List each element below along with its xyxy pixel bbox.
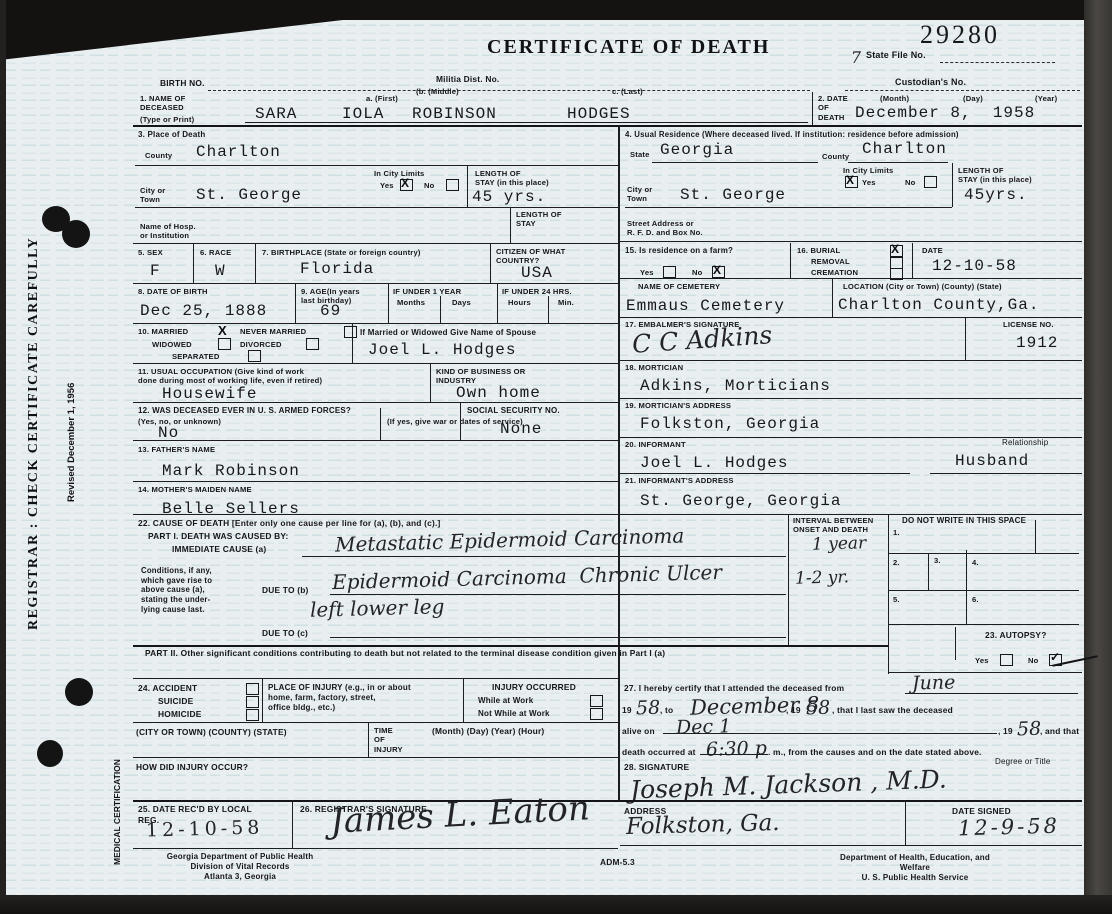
months-days-divider <box>440 296 441 323</box>
name-row-bottom-line <box>133 125 1082 127</box>
dnw-cell-6: 6. <box>972 595 979 604</box>
under1-under24-divider <box>497 283 498 323</box>
farm-burial-divider <box>790 243 791 278</box>
autopsy-no-mark: ✓ <box>1050 650 1060 664</box>
mortician-address-value: Folkston, Georgia <box>640 415 820 433</box>
injury-city-row-line <box>133 757 618 758</box>
bottom-right-row-line <box>620 845 1082 846</box>
date-of-birth-value: Dec 25, 1888 <box>140 302 267 320</box>
occupation-row-line <box>133 402 618 403</box>
city-limits-yes-label-right: Yes <box>862 178 876 187</box>
birth-no-line <box>208 90 810 91</box>
homicide-label: HOMICIDE <box>158 709 201 720</box>
burial-date-label: DATE <box>922 246 943 255</box>
cemetery-location-value: Charlton County,Ga. <box>838 296 1039 314</box>
city-limits-yes-mark-right: X <box>846 173 854 187</box>
city-limits-no-label-right: No <box>905 178 916 187</box>
certify-tail-label: . m., from the causes and on the date st… <box>768 747 982 758</box>
cremation-label: CREMATION <box>811 268 858 277</box>
date-of-death-label: 2. DATE OF DEATH <box>818 94 848 122</box>
middle-name2-value: ROBINSON <box>412 105 497 123</box>
under1-months-label: Months <box>397 298 425 307</box>
autopsy-divider <box>955 627 956 660</box>
removal-label: REMOVAL <box>811 257 850 266</box>
armed-forces-sub-divider <box>380 408 381 440</box>
certify-death-label: death occurred at <box>622 747 696 758</box>
stay-divider-right <box>952 163 953 207</box>
immediate-cause-label: IMMEDIATE CAUSE (a) <box>172 544 266 555</box>
hospital-label: Name of Hosp. or Institution <box>140 222 196 241</box>
farm-yes-label: Yes <box>640 268 654 277</box>
how-injury-label: HOW DID INJURY OCCUR? <box>136 762 248 773</box>
not-while-at-work-label: Not While at Work <box>478 709 550 719</box>
length-of-stay-value-right: 45yrs. <box>964 186 1028 204</box>
burial-mark: X <box>891 242 899 256</box>
father-label: 13. FATHER'S NAME <box>138 445 215 454</box>
separated-label: SEPARATED <box>172 352 220 361</box>
ssn-label: SOCIAL SECURITY NO. <box>467 406 560 416</box>
name-underline <box>245 122 808 123</box>
divorced-label: DIVORCED <box>240 340 282 349</box>
burial-date-divider <box>912 243 913 278</box>
armed-row-line <box>133 440 618 441</box>
occupation-value: Housewife <box>162 385 257 403</box>
mortician-row-line <box>620 398 1082 399</box>
county-label-left: County <box>145 151 172 160</box>
widowed-checkbox <box>218 338 231 350</box>
time-of-injury-divider <box>368 722 369 757</box>
accident-place-divider <box>262 678 263 722</box>
type-or-print-label: (Type or Print) <box>140 115 194 124</box>
occupation-business-divider <box>430 363 431 402</box>
relationship-underline <box>930 473 1082 474</box>
injury-city-label: (CITY OR TOWN) (COUNTY) (STATE) <box>136 727 287 738</box>
dnw-divider-4 <box>966 590 967 624</box>
license-divider <box>965 317 966 360</box>
cemetery-label: NAME OF CEMETERY <box>638 282 720 291</box>
citizen-value: USA <box>521 264 553 282</box>
widowed-label: WIDOWED <box>152 340 192 349</box>
dnw-line-1 <box>888 553 1079 554</box>
burial-label: 16. BURIAL <box>797 246 840 255</box>
dnw-divider-2 <box>928 553 929 590</box>
certify-to-label: , to <box>660 705 673 716</box>
mother-label: 14. MOTHER'S MAIDEN NAME <box>138 485 252 494</box>
hours-min-divider <box>548 296 549 323</box>
dob-row-line <box>133 323 618 324</box>
place-of-injury-label: PLACE OF INJURY (e.g., in or about home,… <box>268 683 411 713</box>
page-title: CERTIFICATE OF DEATH <box>487 36 770 59</box>
spouse-label: If Married or Widowed Give Name of Spous… <box>360 328 536 338</box>
dnw-cell-5: 5. <box>893 595 900 604</box>
stay2-divider <box>510 207 511 243</box>
farm-label: 15. Is residence on a farm? <box>625 246 733 256</box>
race-birthplace-divider <box>255 243 256 283</box>
married-mark: X <box>218 323 227 338</box>
suicide-label: SUICIDE <box>158 696 193 707</box>
interval-label: INTERVAL BETWEEN ONSET AND DEATH <box>793 516 873 535</box>
married-spouse-divider <box>352 323 353 363</box>
medical-certification-label: MEDICAL CERTIFICATION <box>112 620 122 865</box>
dnw-cell-4: 4. <box>972 558 979 567</box>
ink-blot <box>37 740 63 767</box>
conditions-label: Conditions, if any, which gave rise to a… <box>141 566 212 615</box>
city-or-town-label-right: City or Town <box>627 185 652 204</box>
sex-row-line <box>133 283 618 284</box>
last-name-label: c. (Last) <box>612 87 643 96</box>
autopsy-yes-label: Yes <box>975 656 989 665</box>
race-value: W <box>215 262 226 280</box>
certify-year2-handwriting: 58 <box>806 697 831 720</box>
form-number: ADM-5.3 <box>600 857 635 868</box>
custodian-line <box>845 90 1080 91</box>
city-row-line-left <box>135 207 618 208</box>
dob-age-divider <box>295 283 296 323</box>
accident-top-line <box>133 678 618 679</box>
part2-label: PART II. Other significant conditions co… <box>145 648 665 659</box>
father-value: Mark Robinson <box>162 462 300 480</box>
not-while-at-work-checkbox <box>590 708 603 720</box>
registrar-margin-note: REGISTRAR : CHECK CERTIFICATE CAREFULLY <box>26 200 42 630</box>
separated-checkbox <box>248 350 261 362</box>
county-underline-right <box>848 162 948 163</box>
length-of-stay-label-right: LENGTH OF STAY (in this place) <box>958 166 1032 185</box>
hospital-row-line <box>133 243 618 244</box>
state-file-line <box>940 62 1055 63</box>
birthplace-citizen-divider <box>490 243 491 283</box>
under24-label: IF UNDER 24 HRS. <box>502 287 572 296</box>
state-file-prefix-mark: 7 <box>851 48 862 67</box>
race-label: 6. RACE <box>200 248 231 257</box>
ink-blot <box>62 220 90 248</box>
name-date-divider <box>812 92 813 125</box>
city-limits-yes-label-left: Yes <box>380 181 394 190</box>
informant-label: 20. INFORMANT <box>625 440 686 449</box>
state-file-label: State File No. <box>866 50 926 62</box>
armed-forces-label: 12. WAS DECEASED EVER IN U. S. ARMED FOR… <box>138 406 351 416</box>
informant-underline <box>620 473 910 474</box>
farm-row-line <box>620 278 1082 279</box>
state-value: Georgia <box>660 141 734 159</box>
georgia-dept-footer: Georgia Department of Public Health Divi… <box>135 852 345 882</box>
bottom-left-row-line <box>133 848 618 849</box>
birthplace-value: Florida <box>300 260 374 278</box>
while-at-work-label: While at Work <box>478 696 533 706</box>
length-of-stay-value-left: 45 yrs. <box>472 188 546 206</box>
sex-label: 5. SEX <box>138 248 163 257</box>
usual-residence-label: 4. Usual Residence (Where deceased lived… <box>625 130 959 140</box>
last-name-value: HODGES <box>567 105 631 123</box>
burial-date-value: 12-10-58 <box>932 257 1017 275</box>
age-value: 69 <box>320 302 341 320</box>
cause-of-death-label: 22. CAUSE OF DEATH [Enter only one cause… <box>138 518 441 529</box>
certify-alive-line <box>663 733 997 734</box>
divorced-checkbox <box>306 338 319 350</box>
informant-address-value: St. George, Georgia <box>640 492 841 510</box>
due-to-c-label: DUE TO (c) <box>262 628 308 639</box>
autopsy-yes-checkbox <box>1000 654 1013 666</box>
in-city-limits-label-left: In City Limits <box>374 169 424 178</box>
married-row-line <box>133 363 618 364</box>
certify-time-handwriting: 6:30 p <box>706 737 767 761</box>
time-of-injury-label: TIME OF INJURY <box>374 726 403 754</box>
married-label: 10. MARRIED <box>138 327 188 336</box>
street-row-line <box>620 241 1082 242</box>
ink-blot <box>65 678 93 706</box>
date-signed-handwriting: 12-9-58 <box>958 814 1061 841</box>
dnw-cell-1: 1. <box>893 528 900 537</box>
occupation-label: 11. USUAL OCCUPATION (Give kind of work … <box>138 367 322 386</box>
city-value-right: St. George <box>680 186 786 204</box>
birthplace-label: 7. BIRTHPLACE (State or foreign country) <box>262 248 421 257</box>
bottom-section-line <box>133 800 1082 802</box>
interval-b-handwriting: 1-2 yr. <box>795 567 850 588</box>
spouse-value: Joel L. Hodges <box>368 341 516 359</box>
scan-edge-left <box>0 0 6 914</box>
never-married-label: NEVER MARRIED <box>240 327 306 336</box>
city-row-line-right <box>625 207 952 208</box>
interval-right-divider <box>888 514 889 674</box>
dnw-divider-3 <box>966 550 967 590</box>
never-married-checkbox <box>344 326 357 338</box>
accident-label: 24. ACCIDENT <box>138 683 197 694</box>
accident-row-line <box>133 722 618 723</box>
state-underline <box>652 162 818 163</box>
mortician-address-label: 19. MORTICIAN'S ADDRESS <box>625 401 731 410</box>
date-of-death-value: December 8, 1958 <box>855 104 1035 122</box>
certify-from-line <box>905 693 1078 694</box>
under1-days-label: Days <box>452 298 471 307</box>
degree-title-label: Degree or Title <box>995 757 1050 767</box>
state-file-number: 29280 <box>920 20 1000 50</box>
state-label: State <box>630 150 650 159</box>
relationship-value: Husband <box>955 452 1029 470</box>
dnw-cell-2: 2. <box>893 558 900 567</box>
length-of-stay2-label: LENGTH OF STAY <box>516 210 562 229</box>
city-value-left: St. George <box>196 186 302 204</box>
dnw-line-3 <box>888 624 1079 625</box>
certify-from-handwriting: June <box>912 671 956 694</box>
embalmer-row-line <box>620 360 1082 361</box>
business-value: Own home <box>456 384 541 402</box>
father-row-line <box>133 481 618 482</box>
under1-label: IF UNDER 1 YEAR <box>393 287 461 296</box>
length-of-stay-label-left: LENGTH OF STAY (in this place) <box>475 169 549 188</box>
militia-label: Militia Dist. No. <box>436 74 499 85</box>
injury-mdyh-label: (Month) (Day) (Year) (Hour) <box>432 726 544 737</box>
day-label: (Day) <box>963 94 983 103</box>
scan-edge-right <box>1084 0 1112 914</box>
county-value-left: Charlton <box>196 143 281 161</box>
sex-value: F <box>150 262 161 280</box>
cause-a-line <box>302 556 786 557</box>
interval-left-divider <box>788 514 789 645</box>
certify-time-line <box>700 754 768 755</box>
informant-value: Joel L. Hodges <box>640 454 788 472</box>
under24-min-label: Min. <box>558 298 574 307</box>
city-limits-no-label-left: No <box>424 181 435 190</box>
name-of-deceased-label: 1. NAME OF DECEASED <box>140 94 185 113</box>
cemetery-location-label: LOCATION (City or Town) (County) (State) <box>843 282 1002 291</box>
date-recd-value: 12-10-58 <box>146 816 264 841</box>
certify-alive-handwriting: Dec 1 <box>676 715 732 738</box>
street-address-label: Street Address or R. F. D. and Box No. <box>627 219 703 238</box>
cause-b2-handwriting: left lower leg <box>310 594 445 622</box>
date-of-birth-label: 8. DATE OF BIRTH <box>138 287 208 296</box>
year-label: (Year) <box>1035 94 1057 103</box>
recd-registrar-divider <box>292 800 293 848</box>
mortician-value: Adkins, Morticians <box>640 377 831 395</box>
city-limits-no-checkbox-right <box>924 176 937 188</box>
autopsy-label: 23. AUTOPSY? <box>985 630 1047 641</box>
cemetery-location-divider <box>832 278 833 318</box>
first-name-value: SARA <box>255 105 297 123</box>
license-value: 1912 <box>1016 334 1058 352</box>
place-occurred-divider <box>463 678 464 722</box>
age-under1-divider <box>388 283 389 323</box>
relationship-label: Relationship <box>1002 438 1048 448</box>
do-not-write-label: DO NOT WRITE IN THIS SPACE <box>902 516 1026 526</box>
autopsy-no-label: No <box>1028 656 1039 665</box>
interval-a-handwriting: 1 year <box>812 533 867 554</box>
address-handwriting: Folkston, Ga. <box>626 810 780 840</box>
certify-andthat-label: , and that <box>1040 726 1079 737</box>
month-label: (Month) <box>880 94 909 103</box>
death-certificate-scan: REGISTRAR : CHECK CERTIFICATE CAREFULLY … <box>0 0 1112 914</box>
armed-forces-sub1: (Yes, no, or unknown) <box>138 417 221 426</box>
accident-checkbox <box>246 683 259 695</box>
certify-year3-handwriting: 58 <box>1017 718 1042 741</box>
cause-c-line <box>330 637 786 638</box>
county-value-right: Charlton <box>862 140 947 158</box>
birth-no-label: BIRTH NO. <box>160 78 205 89</box>
city-limits-divider-left <box>467 166 468 207</box>
certify-year1-handwriting: 58 <box>636 697 661 720</box>
due-to-b-label: DUE TO (b) <box>262 585 309 596</box>
injury-occurred-label: INJURY OCCURRED <box>492 682 576 693</box>
cemetery-row-line <box>620 317 1082 318</box>
homicide-checkbox <box>246 709 259 721</box>
signature-label: 28. SIGNATURE <box>624 762 689 773</box>
place-of-death-label: 3. Place of Death <box>138 130 205 140</box>
certify-alive-label: alive on <box>622 726 655 737</box>
certify-saw-label: , that I last saw the deceased <box>832 705 953 716</box>
city-limits-yes-mark-left: X <box>401 176 409 190</box>
certify-19c: , 19 <box>998 726 1013 737</box>
informant-address-label: 21. INFORMANT'S ADDRESS <box>625 476 734 485</box>
middle-name-value: IOLA <box>342 105 384 123</box>
farm-yes-checkbox <box>663 266 676 278</box>
main-column-divider <box>618 125 620 800</box>
suicide-checkbox <box>246 696 259 708</box>
certify-19b: , 19 <box>786 705 801 716</box>
while-at-work-checkbox <box>590 695 603 707</box>
county-label-right: County <box>822 152 849 161</box>
ssn-value: None <box>500 420 542 438</box>
farm-no-label: No <box>692 268 703 277</box>
dnw-cell-3: 3. <box>934 556 941 565</box>
revised-date-note: Revised December 1, 1956 <box>66 292 77 502</box>
armed-ssn-divider <box>460 402 461 440</box>
mortician-label: 18. MORTICIAN <box>625 363 683 372</box>
under24-hours-label: Hours <box>508 298 531 307</box>
license-label: LICENSE NO. <box>1003 320 1054 329</box>
middle-name-label: (b. (Middle) <box>416 87 459 96</box>
county-row-line <box>135 165 618 166</box>
sex-race-divider <box>193 243 194 283</box>
cemetery-value: Emmaus Cemetery <box>626 297 785 315</box>
federal-dept-footer: Department of Health, Education, and Wel… <box>775 853 1055 883</box>
dnw-line-2 <box>888 590 1079 591</box>
scan-edge-bottom <box>0 895 1112 914</box>
farm-no-mark: X <box>713 263 721 277</box>
certify-19a: 19 <box>622 705 632 716</box>
part1-label: PART I. DEATH WAS CAUSED BY: <box>148 531 289 542</box>
first-name-label: a. (First) <box>366 94 398 103</box>
dnw-divider-1 <box>1035 520 1036 553</box>
custodian-label: Custodian's No. <box>895 77 966 89</box>
city-or-town-label-left: City or Town <box>140 186 165 205</box>
address-date-divider <box>905 800 906 845</box>
city-limits-no-checkbox-left <box>446 179 459 191</box>
